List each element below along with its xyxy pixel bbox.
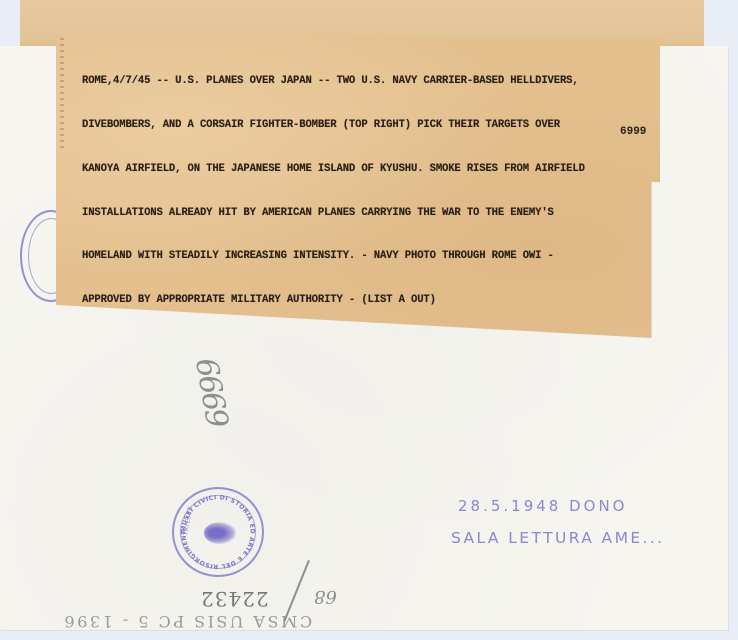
typewritten-caption: ROME,4/7/45 -- U.S. PLANES OVER JAPAN --…	[82, 45, 662, 337]
library-stamp: SALA LETTURA AME...	[451, 529, 665, 547]
caption-line: INSTALLATIONS ALREADY HIT BY AMERICAN PL…	[82, 206, 662, 221]
caption-line: DIVEBOMBERS, AND A CORSAIR FIGHTER-BOMBE…	[82, 118, 662, 133]
handwritten-inventory-number: 22432	[200, 587, 269, 611]
slip-edge-texture	[60, 38, 64, 148]
caption-line: APPROVED BY APPROPRIATE MILITARY AUTHORI…	[82, 293, 662, 308]
caption-line: ROME,4/7/45 -- U.S. PLANES OVER JAPAN --…	[82, 74, 662, 89]
emblem-icon	[204, 522, 236, 544]
accession-date-stamp: 28.5.1948 DONO	[458, 497, 628, 515]
svg-text:MUSEI CIVICI DI STORIA ED ARTE: MUSEI CIVICI DI STORIA ED ARTE E DEL RIS…	[174, 489, 256, 570]
seal-ring-text: MUSEI CIVICI DI STORIA ED ARTE E DEL RIS…	[174, 489, 262, 575]
museum-seal-stamp: MUSEI CIVICI DI STORIA ED ARTE E DEL RIS…	[172, 487, 264, 577]
handwritten-photo-number: 6999	[191, 357, 237, 430]
caption-line: KANOYA AIRFIELD, ON THE JAPANESE HOME IS…	[82, 162, 662, 177]
handwritten-initials: 68	[314, 586, 337, 607]
caption-line: HOMELAND WITH STEADILY INCREASING INTENS…	[82, 249, 662, 264]
handwritten-catalog-number: CMSA USIS PC 5 - 1396	[62, 612, 312, 631]
caption-reference-number: 6999	[620, 126, 646, 138]
svg-text:TRIESTE: TRIESTE	[183, 505, 194, 537]
caption-slip: ROME,4/7/45 -- U.S. PLANES OVER JAPAN --…	[56, 38, 660, 338]
